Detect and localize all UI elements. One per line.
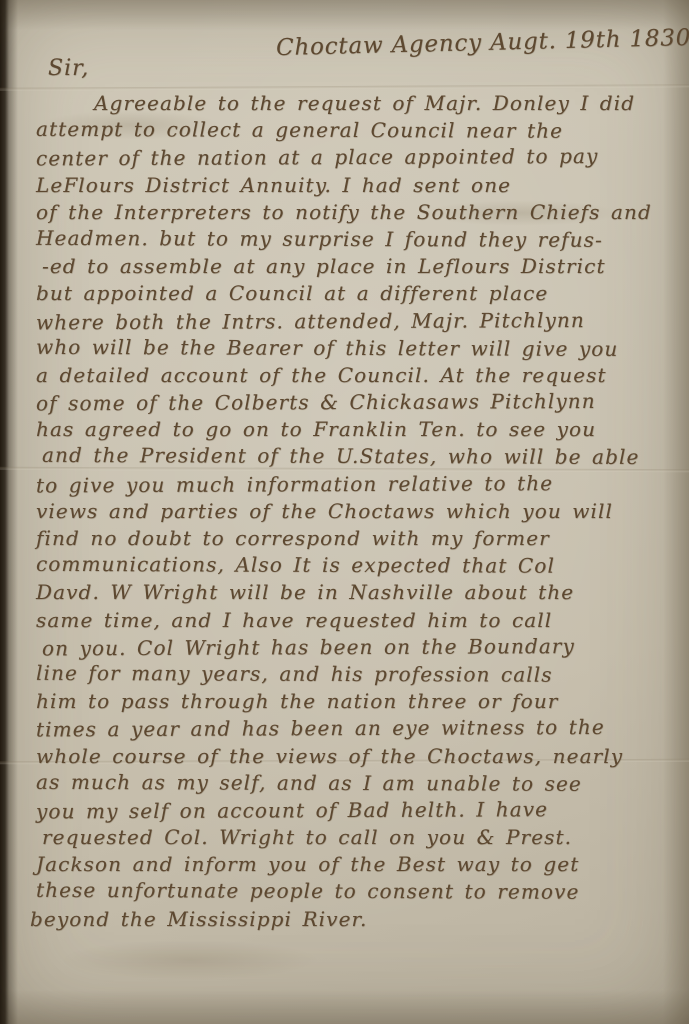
- letter-line: but appointed a Council at a different p…: [36, 280, 681, 307]
- letter-dateline: Choctaw Agency Augt. 19th 1830: [276, 25, 689, 61]
- letter-line: find no doubt to correspond with my form…: [36, 525, 681, 552]
- letter-line: attempt to collect a general Council nea…: [36, 116, 681, 145]
- letter-photo: Choctaw Agency Augt. 19th 1830 Sir, Agre…: [0, 0, 689, 1024]
- letter-line: of the Interpreters to notify the Southe…: [36, 199, 681, 226]
- letter-line: line for many years, and his profession …: [36, 660, 681, 689]
- letter-line: center of the nation at a place appointe…: [36, 143, 681, 173]
- letter-line: -ed to assemble at any place in Leflours…: [42, 253, 681, 280]
- letter-line: communications, Also It is expected that…: [36, 551, 681, 580]
- letter-line: to give you much information relative to…: [36, 469, 681, 499]
- letter-line: whole course of the views of the Choctaw…: [36, 743, 681, 770]
- letter-line: beyond the Mississippi River.: [30, 906, 681, 933]
- letter-line: times a year and has been an eye witness…: [36, 714, 681, 744]
- letter-line: LeFlours District Annuity. I had sent on…: [36, 172, 681, 199]
- paper-smudge: [60, 940, 320, 980]
- letter-line: as much as my self, and as I am unable t…: [36, 769, 681, 798]
- letter-line: him to pass through the nation three or …: [36, 688, 681, 715]
- letter-line: Headmen. but to my surprise I found they…: [36, 225, 681, 254]
- letter-line: of some of the Colberts & Chickasaws Pit…: [36, 388, 681, 418]
- letter-salutation: Sir,: [48, 56, 89, 81]
- letter-line: Agreeable to the request of Majr. Donley…: [36, 90, 681, 117]
- letter-line: these unfortunate people to consent to r…: [36, 877, 681, 906]
- letter-line: has agreed to go on to Franklin Ten. to …: [36, 416, 681, 443]
- letter-line: same time, and I have requested him to c…: [36, 607, 681, 634]
- letter-line: and the President of the U.States, who w…: [42, 442, 681, 471]
- letter-line: Davd. W Wright will be in Nashville abou…: [36, 579, 681, 606]
- letter-line: you my self on account of Bad helth. I h…: [36, 795, 681, 825]
- letter-line: requested Col. Wright to call on you & P…: [42, 824, 681, 851]
- letter-line: a detailed account of the Council. At th…: [36, 362, 681, 389]
- letter-line: where both the Intrs. attended, Majr. Pi…: [36, 306, 681, 336]
- letter-line: views and parties of the Choctaws which …: [36, 498, 681, 525]
- letter-line: Jackson and inform you of the Best way t…: [36, 851, 681, 878]
- letter-line: who will be the Bearer of this letter wi…: [36, 334, 681, 363]
- letter-body: Agreeable to the request of Majr. Donley…: [36, 90, 681, 933]
- letter-line: on you. Col Wright has been on the Bound…: [42, 632, 681, 662]
